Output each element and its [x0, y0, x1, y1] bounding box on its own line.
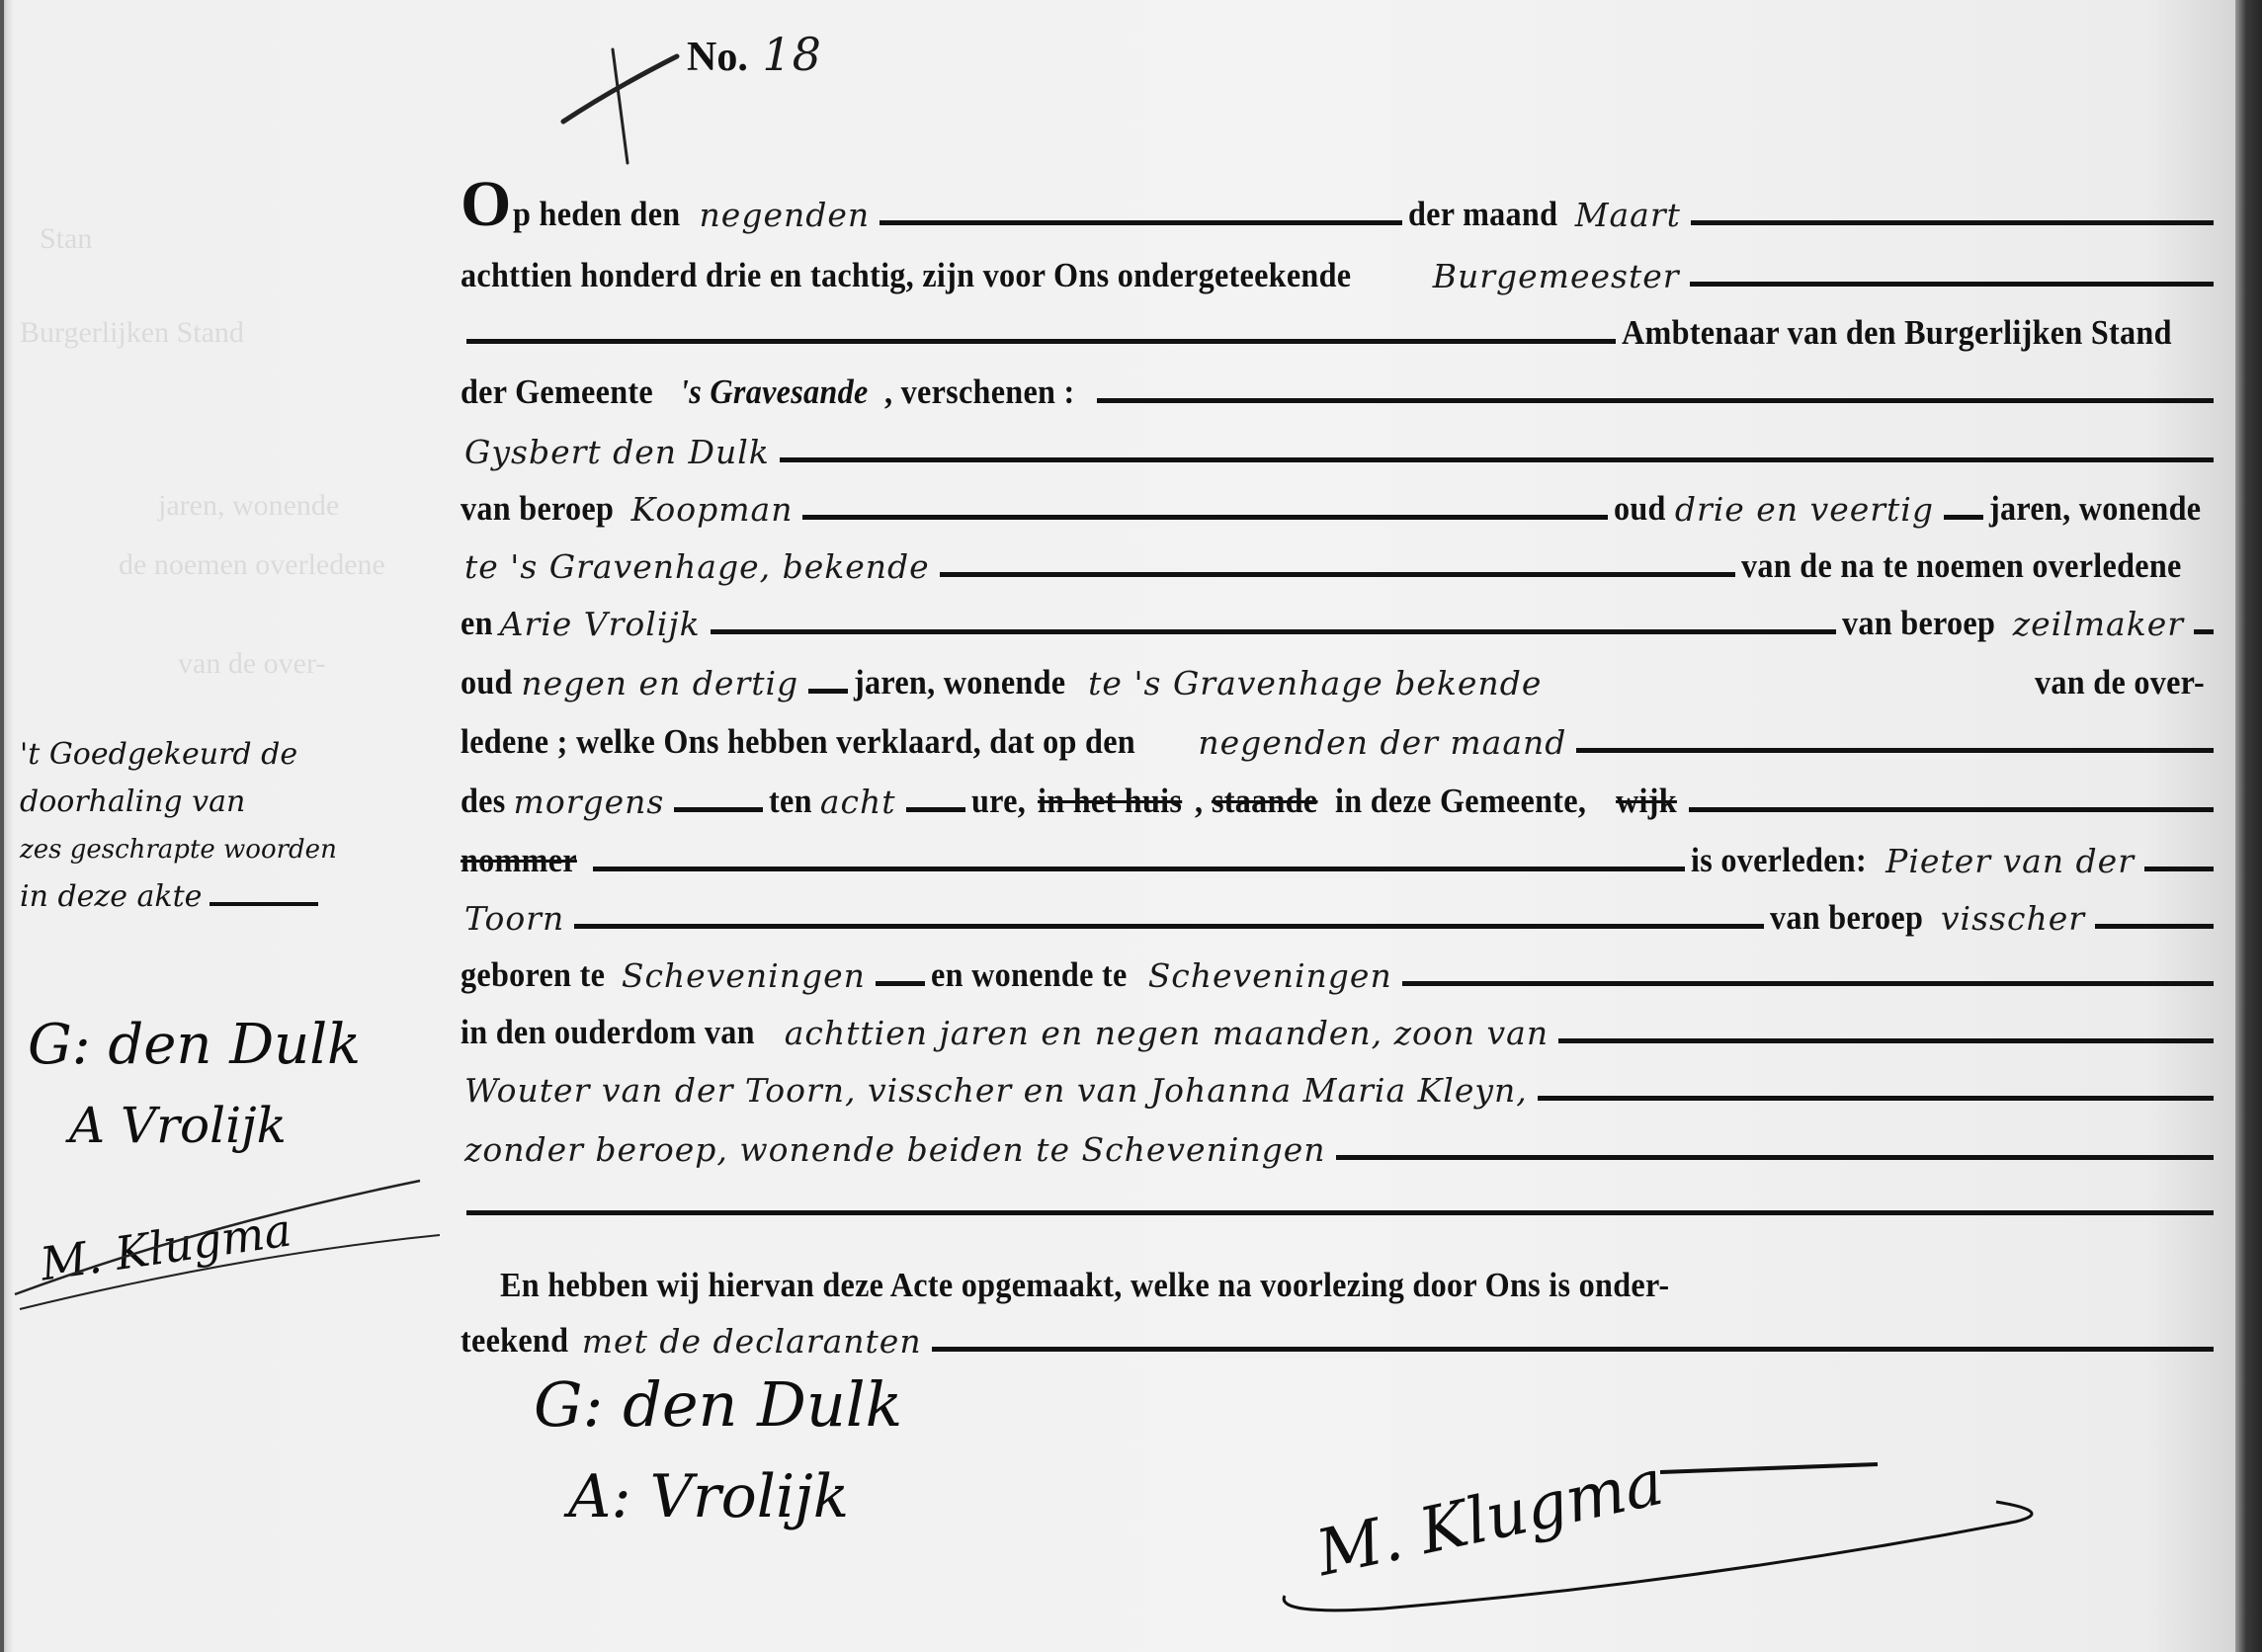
printed-text: ledene ; welke Ons hebben verklaard, dat… [461, 724, 1135, 759]
line-2: achttien honderd drie en tachtig, zijn v… [461, 237, 2220, 292]
margin-note-line: in deze akte [20, 873, 435, 921]
line-10: ledene ; welke Ons hebben verklaard, dat… [461, 703, 2220, 759]
printed-text: van de na te noemen overledene [1741, 548, 2182, 583]
printed-text: En hebben wij hiervan deze Acte opgemaak… [500, 1268, 1669, 1302]
fill-rule [1690, 282, 2214, 287]
fill-rule [940, 572, 1735, 577]
printed-text: Ambtenaar van den Burgerlijken Stand [1622, 315, 2172, 350]
deceased-residence: Scheveningen [1144, 959, 1396, 992]
fill-rule [876, 981, 925, 986]
line-16: Wouter van der Toorn, visscher en van Jo… [461, 1051, 2220, 1107]
printed-text: en wonende te [931, 957, 1128, 992]
fill-rule [466, 339, 1616, 344]
printed-text: p heden den [513, 197, 680, 231]
printed-text: , verschenen : [884, 374, 1075, 409]
line-18: En hebben wij hiervan deze Acte opgemaak… [500, 1247, 2220, 1302]
time-of-day-field: morgens [510, 785, 669, 818]
fill-rule [1336, 1155, 2214, 1160]
margin-note-line: 't Goedgekeurd de [20, 731, 435, 779]
deceased-name-part1: Pieter van der [1882, 845, 2138, 877]
deceased-birthplace: Scheveningen [618, 959, 870, 992]
printed-text: teekend [461, 1323, 568, 1358]
declarant1-age: drie en veertig [1671, 493, 1938, 526]
bleed-through-text: jaren, wonende [158, 489, 339, 523]
printed-text: jaren, wonende [1989, 491, 2201, 526]
printed-text: van beroep [461, 491, 614, 526]
official-title-field: Burgemeester [1429, 260, 1684, 292]
number-value: 18 [758, 28, 826, 81]
fill-rule [932, 1347, 2214, 1352]
line-6: van beroep Koopman oud drie en veertig j… [461, 470, 2220, 526]
parents-field: Wouter van der Toorn, visscher en van Jo… [461, 1074, 1532, 1107]
page-left-edge [0, 0, 4, 1652]
fill-rule [808, 689, 848, 694]
declarant2-name: Arie Vrolijk [496, 608, 705, 640]
fill-rule [2095, 924, 2214, 929]
printed-text: is overleden: [1691, 843, 1867, 877]
margin-note-line: zes geschrapte woorden [20, 826, 435, 873]
declarant1-residence: te 's Gravenhage, bekende [461, 550, 934, 583]
printed-text: der maand [1408, 197, 1557, 231]
line-4: der Gemeente 's Gravesande , verschenen … [461, 354, 2220, 409]
blank-line [461, 1166, 2220, 1221]
struck-text: nommer [461, 843, 577, 877]
declarant2-age: negen en dertig [517, 667, 802, 700]
struck-text: wijk [1616, 784, 1677, 818]
line-8: en Arie Vrolijk van beroep zeilmaker [461, 585, 2220, 640]
fill-rule [802, 515, 1608, 520]
deceased-age: achttien jaren en negen maanden, zoon va… [781, 1017, 1552, 1049]
x-mark-icon [553, 44, 692, 173]
declarant2-occupation: zeilmaker [2009, 608, 2188, 640]
printed-text: oud [1614, 491, 1666, 526]
printed-text: , [1195, 784, 1203, 818]
printed-text: der Gemeente [461, 374, 653, 409]
printed-text: geboren te [461, 957, 605, 992]
fill-rule [674, 807, 763, 812]
fill-rule [1689, 807, 2214, 812]
fill-rule [1576, 748, 2214, 753]
printed-text: in den ouderdom van [461, 1015, 755, 1049]
fill-rule [906, 807, 965, 812]
fill-rule [1538, 1096, 2214, 1101]
fill-rule [1558, 1038, 2214, 1043]
line-14: geboren te Scheveningen en wonende te Sc… [461, 937, 2220, 992]
line-1: O p heden den negenden der maand Maart [461, 176, 2220, 231]
month-field: Maart [1571, 199, 1685, 231]
deceased-name-part2: Toorn [461, 902, 568, 935]
declarant2-residence: te 's Gravenhage bekende [1084, 667, 1546, 700]
line-15: in den ouderdom van achttien jaren en ne… [461, 994, 2220, 1049]
bleed-through-text: van de over- [178, 647, 325, 681]
fill-rule [593, 867, 1685, 871]
fill-rule [466, 1210, 2214, 1215]
printed-text: van beroep [1842, 606, 1995, 640]
book-spine [2235, 0, 2262, 1652]
line-3: Ambtenaar van den Burgerlijken Stand [461, 294, 2220, 350]
day-field: negenden [696, 199, 875, 231]
bleed-through-text: Burgerlijken Stand [20, 316, 244, 350]
line-12: nommer is overleden: Pieter van der [461, 822, 2220, 877]
official-signature-flourish-icon [1265, 1443, 2055, 1620]
printed-text: ten [769, 784, 812, 818]
number-label: No. [687, 35, 748, 80]
line-19: teekend met de declaranten [461, 1302, 2220, 1358]
document-page: Stan Burgerlijken Stand jaren, wonende d… [0, 0, 2235, 1652]
line-13: Toorn van beroep visscher [461, 879, 2220, 935]
municipality-name: 's Gravesande [680, 374, 869, 409]
fill-rule [1097, 398, 2214, 403]
printed-text: oud [461, 665, 513, 700]
struck-text: in het huis [1038, 784, 1182, 818]
hour-field: acht [816, 785, 900, 818]
fill-rule [2194, 629, 2214, 634]
drop-cap: O [461, 179, 511, 231]
printed-text: van beroep [1770, 900, 1923, 935]
printed-text: in deze Gemeente, [1335, 784, 1586, 818]
printed-text: en [461, 606, 493, 640]
fill-rule [711, 629, 1836, 634]
signing-note: met de declaranten [578, 1325, 926, 1358]
line-9: oud negen en dertig jaren, wonende te 's… [461, 644, 2220, 700]
parents-residence-field: zonder beroep, wonende beiden te Scheven… [461, 1133, 1330, 1166]
fill-rule [1944, 515, 1983, 520]
struck-text: staande [1212, 784, 1317, 818]
printed-text: van de over- [2035, 665, 2205, 700]
bleed-through-text: de noemen overledene [119, 548, 385, 582]
declarant1-occupation: Koopman [628, 493, 797, 526]
signature-declarant2: A: Vrolijk [568, 1462, 849, 1531]
margin-signature-declarant1: G: den Dulk [28, 1013, 361, 1077]
fill-rule [1402, 981, 2214, 986]
signature-declarant1: G: den Dulk [534, 1368, 902, 1441]
fill-rule [2144, 867, 2214, 871]
certificate-number: No. 18 [687, 28, 826, 81]
margin-signature-declarant2: A Vrolijk [69, 1097, 287, 1154]
printed-text: des [461, 784, 506, 818]
line-11: des morgens ten acht ure, in het huis , … [461, 763, 2220, 818]
printed-text: ure, [971, 784, 1026, 818]
line-17: zonder beroep, wonende beiden te Scheven… [461, 1111, 2220, 1166]
margin-annotation: 't Goedgekeurd de doorhaling van zes ges… [20, 731, 435, 921]
line-5: Gysbert den Dulk [461, 413, 2220, 468]
margin-note-line: doorhaling van [20, 779, 435, 826]
line-7: te 's Gravenhage, bekende van de na te n… [461, 528, 2220, 583]
deceased-occupation: visscher [1937, 902, 2089, 935]
printed-text: achttien honderd drie en tachtig, zijn v… [461, 258, 1351, 292]
bleed-through-text: Stan [40, 222, 92, 256]
fill-rule [574, 924, 1764, 929]
signature-flourish-icon [5, 1156, 440, 1314]
death-date-field: negenden der maand [1194, 726, 1570, 759]
declarant1-name: Gysbert den Dulk [461, 436, 774, 468]
printed-text: jaren, wonende [854, 665, 1065, 700]
fill-rule [1691, 220, 2214, 225]
fill-rule [780, 457, 2214, 462]
fill-rule [880, 220, 1402, 225]
